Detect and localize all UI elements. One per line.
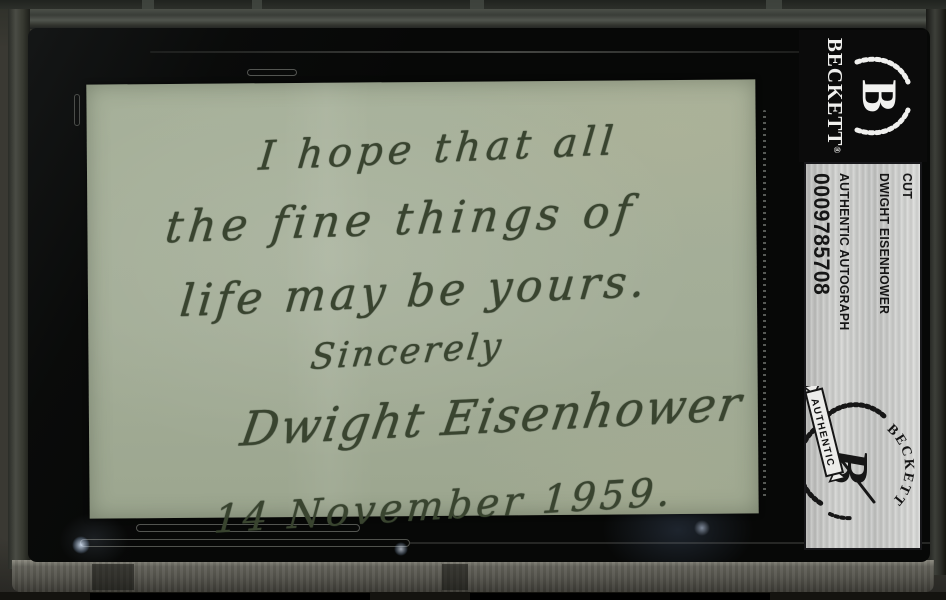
rim-shadow (470, 593, 770, 600)
subject-name: DWIGHT EISENHOWER (877, 173, 891, 330)
label-cert-section: CUT DWIGHT EISENHOWER AUTHENTIC AUTOGRAP… (804, 162, 922, 550)
case-clip-tab (470, 0, 484, 9)
item-type: CUT (900, 173, 914, 330)
brand-wordmark: BECKETT® (822, 38, 847, 154)
mold-slot (247, 69, 297, 76)
cert-number: 0009785708 (809, 173, 833, 334)
mold-slot (74, 94, 80, 126)
case-bottom-edge (12, 560, 934, 592)
designation: AUTHENTIC AUTOGRAPH (837, 173, 851, 330)
case-clip-tab (766, 0, 782, 9)
light-glint (72, 536, 90, 554)
beckett-label: B BECKETT® CUT DWIGHT EISENHOWER AUTHENT… (799, 30, 927, 556)
label-brand-section: B BECKETT® (799, 30, 927, 162)
mold-groove (150, 51, 802, 53)
case-top-edge (8, 9, 938, 29)
cert-text-block: CUT DWIGHT EISENHOWER AUTHENTIC AUTOGRAP… (809, 173, 914, 340)
seal-arc-text: BECKETT (884, 422, 917, 509)
brand-monogram: B (852, 79, 908, 112)
beckett-authentic-seal-icon: BECKETT B AUTHENTIC (806, 386, 918, 544)
case-notch (442, 564, 468, 590)
case-clip-tab (142, 0, 154, 9)
case-clip-tab (252, 0, 262, 9)
case-top-rim (0, 0, 946, 9)
light-glint (394, 542, 408, 556)
svg-text:BECKETT: BECKETT (884, 422, 917, 509)
case-left-edge (8, 9, 30, 569)
mold-seam (763, 110, 766, 500)
case-bottom-rim (0, 592, 946, 600)
beckett-b-wreath-icon: B (849, 48, 915, 144)
slabbed-autograph-photo: I hope that all the fine things of life … (0, 0, 946, 600)
light-glint (694, 520, 710, 536)
autograph-cut-paper: I hope that all the fine things of life … (86, 79, 758, 518)
case-notch (92, 564, 134, 590)
rim-shadow (90, 593, 370, 600)
note-line-2: the fine things of (163, 186, 639, 253)
slab-window: I hope that all the fine things of life … (28, 28, 930, 562)
registered-mark: ® (832, 146, 842, 154)
note-line-3: life may be yours. (178, 256, 651, 327)
brand-name: BECKETT (823, 38, 847, 147)
